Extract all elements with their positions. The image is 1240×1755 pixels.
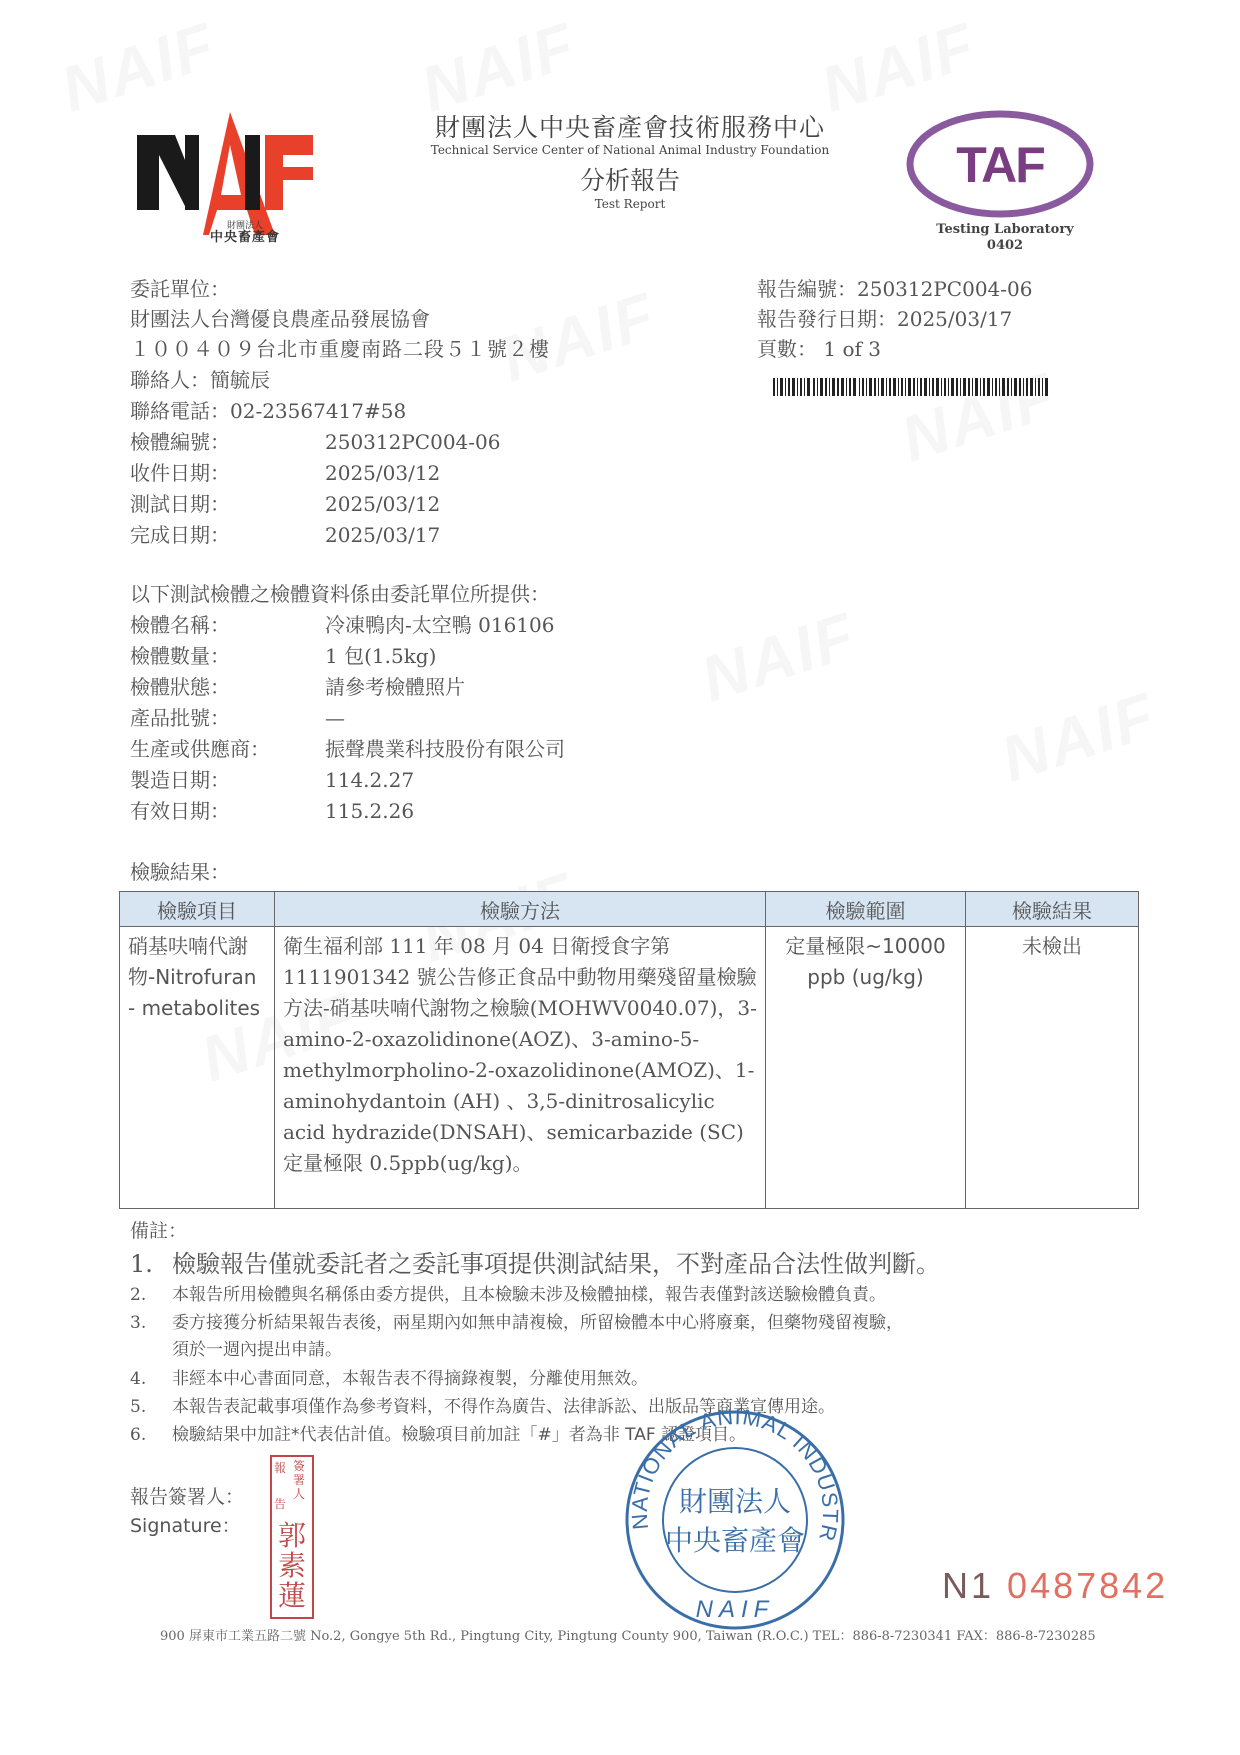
sample-field: 測試日期：2025/03/12 (130, 490, 230, 518)
field-value: 250312PC004-06 (325, 428, 501, 456)
field-label: 收件日期： (130, 459, 230, 487)
field-label: 測試日期： (130, 490, 230, 518)
page-count-label: 頁數： (757, 337, 817, 361)
column-header: 檢驗結果 (966, 892, 1139, 927)
field-value: 115.2.26 (325, 797, 414, 825)
report-title-cn: 分析報告 (380, 161, 880, 197)
note-number: 1. (130, 1250, 172, 1278)
field-label: 產品批號： (130, 704, 230, 732)
watermark: NAIF (992, 678, 1164, 797)
watermark: NAIF (892, 358, 1064, 477)
notes-title: 備註： (130, 1216, 187, 1243)
field-label: 檢體名稱： (130, 611, 230, 639)
test-item: 硝基呋喃代謝物-Nitrofuran - metabolites (120, 927, 275, 1209)
note-continuation: 須於一週內提出申請。 (172, 1335, 342, 1360)
field-value: 2025/03/12 (325, 490, 440, 518)
naif-logo-subtitle: 財團法人 中央畜產會 (210, 220, 280, 242)
page-count: 頁數： 1 of 3 (757, 335, 881, 363)
field-value: 1 包(1.5kg) (325, 642, 436, 670)
org-name-en: Technical Service Center of National Ani… (380, 143, 880, 157)
taf-logo: TAF (905, 108, 1095, 220)
taf-label: Testing Laboratory 0402 (925, 222, 1085, 254)
field-label: 檢體狀態： (130, 673, 230, 701)
field-label: 檢體編號： (130, 428, 230, 456)
column-header: 檢驗範圍 (766, 892, 966, 927)
test-result: 未檢出 (966, 927, 1139, 1209)
signature-label-cn: 報告簽署人： (130, 1483, 244, 1512)
report-number-value: 250312PC004-06 (857, 277, 1033, 301)
note-text: 本報告所用檢體與名稱係由委方提供，且本檢驗未涉及檢體抽樣，報告表僅對該送驗檢體負… (172, 1285, 886, 1305)
stamp-name: 郭素蓮 (275, 1521, 309, 1611)
field-label: 檢體數量： (130, 642, 230, 670)
note-text: 委方接獲分析結果報告表後，兩星期內如無申請複檢，所留檢體本中心將廢棄，但藥物殘留… (172, 1313, 903, 1333)
stamp-char: 告 (274, 1497, 286, 1511)
client-name: 財團法人台灣優良農產品發展協會 (130, 305, 430, 333)
column-header: 檢驗項目 (120, 892, 275, 927)
signature-label-en: Signature： (130, 1512, 244, 1541)
naif-sub-big: 中央畜產會 (210, 231, 280, 242)
note-item: 1.檢驗報告僅就委託者之委託事項提供測試結果，不對產品合法性做判斷。 (130, 1244, 940, 1279)
serial-value: 0487842 (1007, 1565, 1168, 1606)
field-label: 生產或供應商： (130, 735, 270, 763)
sample-field: 製造日期：114.2.27 (130, 766, 230, 794)
org-name-cn: 財團法人中央畜產會技術服務中心 (380, 108, 880, 144)
signature-stamp: 報 簽署人 告 郭素蓮 (270, 1455, 314, 1619)
serial-prefix: N1 (942, 1565, 994, 1606)
client-phone: 聯絡電話：02-23567417#58 (130, 397, 406, 425)
field-label: 製造日期： (130, 766, 230, 794)
note-number: 3. (130, 1313, 172, 1333)
test-method: 衛生福利部 111 年 08 月 04 日衛授食字第 1111901342 號公… (275, 927, 766, 1209)
field-value: 冷凍鴨肉-太空鴨 016106 (325, 611, 554, 639)
sample-field: 檢體狀態：請參考檢體照片 (130, 673, 230, 701)
sample-field: 檢體編號：250312PC004-06 (130, 428, 230, 456)
note-number: 6. (130, 1425, 172, 1445)
contact-label: 聯絡人： (130, 368, 210, 392)
client-label: 委託單位： (130, 275, 230, 303)
footer-address: 900 屏東市工業五路二號 No.2, Gongye 5th Rd., Ping… (160, 1625, 1096, 1644)
field-value: 2025/03/17 (325, 521, 440, 549)
results-title: 檢驗結果： (130, 858, 230, 886)
note-text: 非經本中心書面同意，本報告表不得摘錄複製，分離使用無效。 (172, 1369, 648, 1389)
field-value: 振聲農業科技股份有限公司 (325, 735, 565, 763)
taf-number: 0402 (925, 238, 1085, 254)
sample-field: 收件日期：2025/03/12 (130, 459, 230, 487)
sample-field: 完成日期：2025/03/17 (130, 521, 230, 549)
watermark: NAIF (52, 8, 224, 127)
note-item: 4.非經本中心書面同意，本報告表不得摘錄複製，分離使用無效。 (130, 1364, 648, 1389)
issue-date-label: 報告發行日期： (757, 307, 897, 331)
test-range: 定量極限~10000 ppb (ug/kg) (766, 927, 966, 1209)
phone-value: 02-23567417#58 (230, 399, 406, 423)
serial-number: N1 0487842 (942, 1565, 1168, 1607)
watermark: NAIF (692, 598, 864, 717)
field-value: — (325, 704, 345, 732)
note-text: 檢驗報告僅就委託者之委託事項提供測試結果，不對產品合法性做判斷。 (172, 1250, 940, 1278)
field-label: 有效日期： (130, 797, 230, 825)
svg-text:中央畜產會: 中央畜產會 (665, 1524, 805, 1557)
note-item: 2.本報告所用檢體與名稱係由委方提供，且本檢驗未涉及檢體抽樣，報告表僅對該送驗檢… (130, 1280, 886, 1305)
table-header-row: 檢驗項目 檢驗方法 檢驗範圍 檢驗結果 (120, 892, 1139, 927)
note-number: 5. (130, 1397, 172, 1417)
naif-seal: NATIONAL ANIMAL INDUSTRY FOUNDATION 財團法人… (620, 1405, 850, 1635)
sample-info-intro: 以下測試檢體之檢體資料係由委託單位所提供： (130, 580, 550, 608)
barcode (773, 378, 1048, 396)
field-value: 114.2.27 (325, 766, 414, 794)
issue-date: 報告發行日期：2025/03/17 (757, 305, 1012, 333)
field-value: 請參考檢體照片 (325, 673, 465, 701)
svg-text:TAF: TAF (956, 137, 1044, 193)
contact-value: 簡毓辰 (210, 368, 270, 392)
sample-field: 檢體名稱：冷凍鴨肉-太空鴨 016106 (130, 611, 230, 639)
table-row: 硝基呋喃代謝物-Nitrofuran - metabolites 衛生福利部 1… (120, 927, 1139, 1209)
report-number: 報告編號：250312PC004-06 (757, 275, 1033, 303)
note-number: 4. (130, 1369, 172, 1389)
client-contact: 聯絡人：簡毓辰 (130, 366, 270, 394)
sample-field: 生產或供應商：振聲農業科技股份有限公司 (130, 735, 270, 763)
client-address: １００４０９台北市重慶南路二段５１號２樓 (130, 335, 550, 363)
results-table: 檢驗項目 檢驗方法 檢驗範圍 檢驗結果 硝基呋喃代謝物-Nitrofuran -… (119, 891, 1139, 1209)
stamp-char: 報 (274, 1461, 286, 1475)
note-item: 3.委方接獲分析結果報告表後，兩星期內如無申請複檢，所留檢體本中心將廢棄，但藥物… (130, 1308, 903, 1333)
field-value: 2025/03/12 (325, 459, 440, 487)
report-title-en: Test Report (380, 197, 880, 211)
sample-field: 有效日期：115.2.26 (130, 797, 230, 825)
field-label: 完成日期： (130, 521, 230, 549)
taf-label-text: Testing Laboratory (925, 222, 1085, 238)
sample-field: 檢體數量：1 包(1.5kg) (130, 642, 230, 670)
signature-label: 報告簽署人： Signature： (130, 1483, 244, 1541)
column-header: 檢驗方法 (275, 892, 766, 927)
svg-text:NAIF: NAIF (696, 1596, 775, 1623)
svg-text:財團法人: 財團法人 (679, 1485, 791, 1518)
sample-field: 產品批號：— (130, 704, 230, 732)
note-number: 2. (130, 1285, 172, 1305)
stamp-char: 簽署人 (292, 1459, 306, 1501)
report-number-label: 報告編號： (757, 277, 857, 301)
issue-date-value: 2025/03/17 (897, 307, 1012, 331)
phone-label: 聯絡電話： (130, 399, 230, 423)
page-count-value: 1 of 3 (823, 337, 881, 361)
